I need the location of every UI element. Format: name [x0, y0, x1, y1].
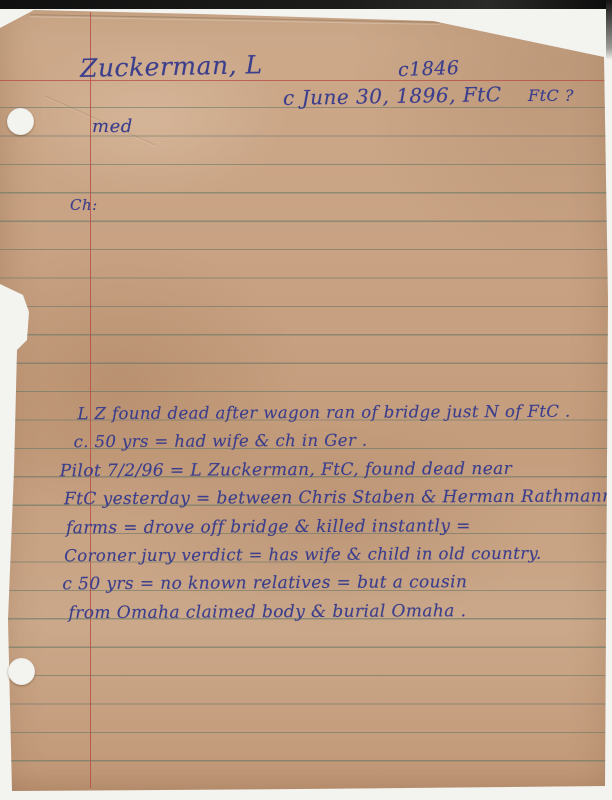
med-note: med [92, 116, 133, 137]
paper-crease-top [30, 14, 440, 25]
children-label: Ch: [70, 196, 98, 214]
handwritten-line: FtC yesterday = between Chris Staben & H… [0, 483, 612, 515]
hole-punch-bottom [8, 658, 35, 685]
scanner-edge-shadow [0, 0, 612, 9]
handwritten-line: L Z found dead after wagon ran of bridge… [0, 397, 612, 429]
note-body: L Z found dead after wagon ran of bridge… [0, 397, 612, 627]
handwritten-line: farms = drove off bridge & killed instan… [0, 511, 612, 543]
scanner-edge-right [606, 0, 612, 60]
death-date-note: c June 30, 1896, FtC [283, 82, 502, 110]
scanned-page: Zuckerman, L c1846 c June 30, 1896, FtC … [0, 0, 612, 800]
handwritten-line: c. 50 yrs = had wife & ch in Ger . [0, 426, 612, 458]
birth-year-note: c1846 [398, 57, 460, 81]
hole-punch-top [7, 108, 34, 135]
paper-sheet: Zuckerman, L c1846 c June 30, 1896, FtC … [0, 0, 612, 800]
place-query-note: FtC ? [528, 86, 574, 105]
surname-heading: Zuckerman, L [80, 50, 263, 83]
handwritten-line: Coroner jury verdict = has wife & child … [0, 539, 612, 571]
handwritten-line: from Omaha claimed body & burial Omaha . [0, 596, 612, 628]
handwritten-line: c 50 yrs = no known relatives = but a co… [0, 568, 612, 600]
handwritten-line: Pilot 7/2/96 = L Zuckerman, FtC, found d… [0, 454, 612, 486]
